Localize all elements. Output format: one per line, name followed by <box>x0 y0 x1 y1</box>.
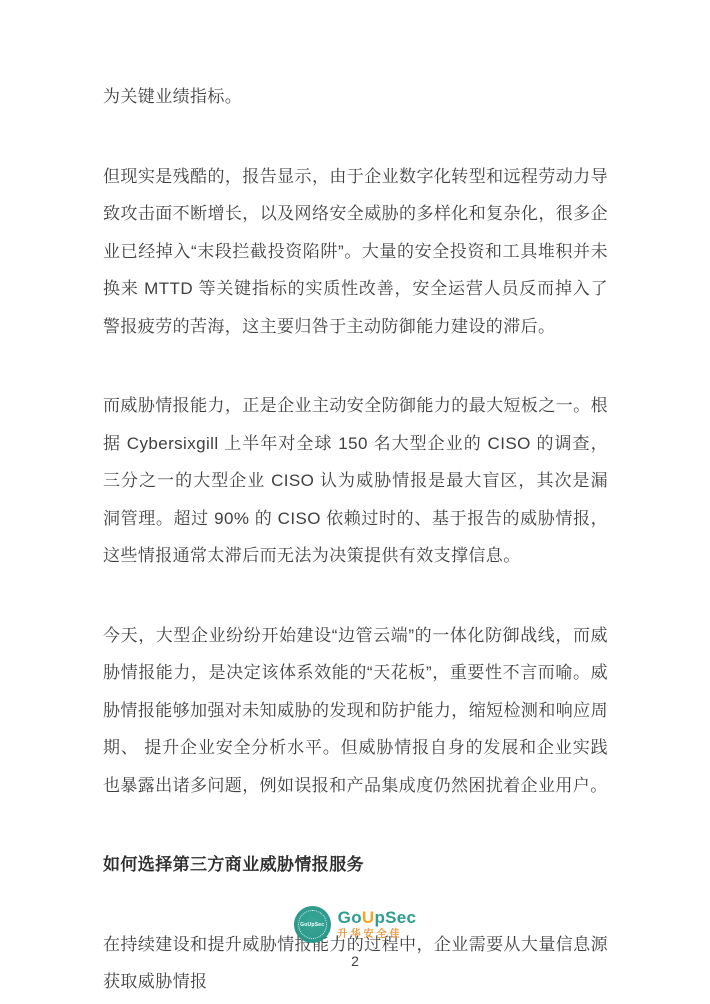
brand-part-psec: pSec <box>374 908 416 927</box>
paragraph-1: 为关键业绩指标。 <box>103 78 608 116</box>
brand-text-block: GoUpSec 升华安全佳 <box>338 909 417 940</box>
brand-part-go: Go <box>338 908 362 927</box>
paragraph-3: 而威胁情报能力，正是企业主动安全防御能力的最大短板之一。根据 Cybersixg… <box>103 387 608 575</box>
section-heading: 如何选择第三方商业威胁情报服务 <box>103 846 608 884</box>
goupsec-seal-icon: GoUpSec <box>294 906 331 943</box>
page-number: 2 <box>351 953 359 969</box>
paragraph-2: 但现实是残酷的，报告显示，由于企业数字化转型和远程劳动力导致攻击面不断增长，以及… <box>103 158 608 346</box>
document-body: 为关键业绩指标。 但现实是残酷的，报告显示，由于企业数字化转型和远程劳动力导致攻… <box>0 0 710 1001</box>
brand-part-u: U <box>362 908 375 927</box>
brand-logo: GoUpSec GoUpSec 升华安全佳 <box>294 906 417 943</box>
seal-text: GoUpSec <box>300 922 324 927</box>
brand-tagline: 升华安全佳 <box>338 930 403 940</box>
paragraph-4: 今天，大型企业纷纷开始建设“边管云端”的一体化防御战线，而威胁情报能力，是决定该… <box>103 617 608 805</box>
document-page: 为关键业绩指标。 但现实是残酷的，报告显示，由于企业数字化转型和远程劳动力导致攻… <box>0 0 710 1004</box>
page-footer: GoUpSec GoUpSec 升华安全佳 2 <box>0 906 710 969</box>
brand-name: GoUpSec <box>338 909 417 926</box>
